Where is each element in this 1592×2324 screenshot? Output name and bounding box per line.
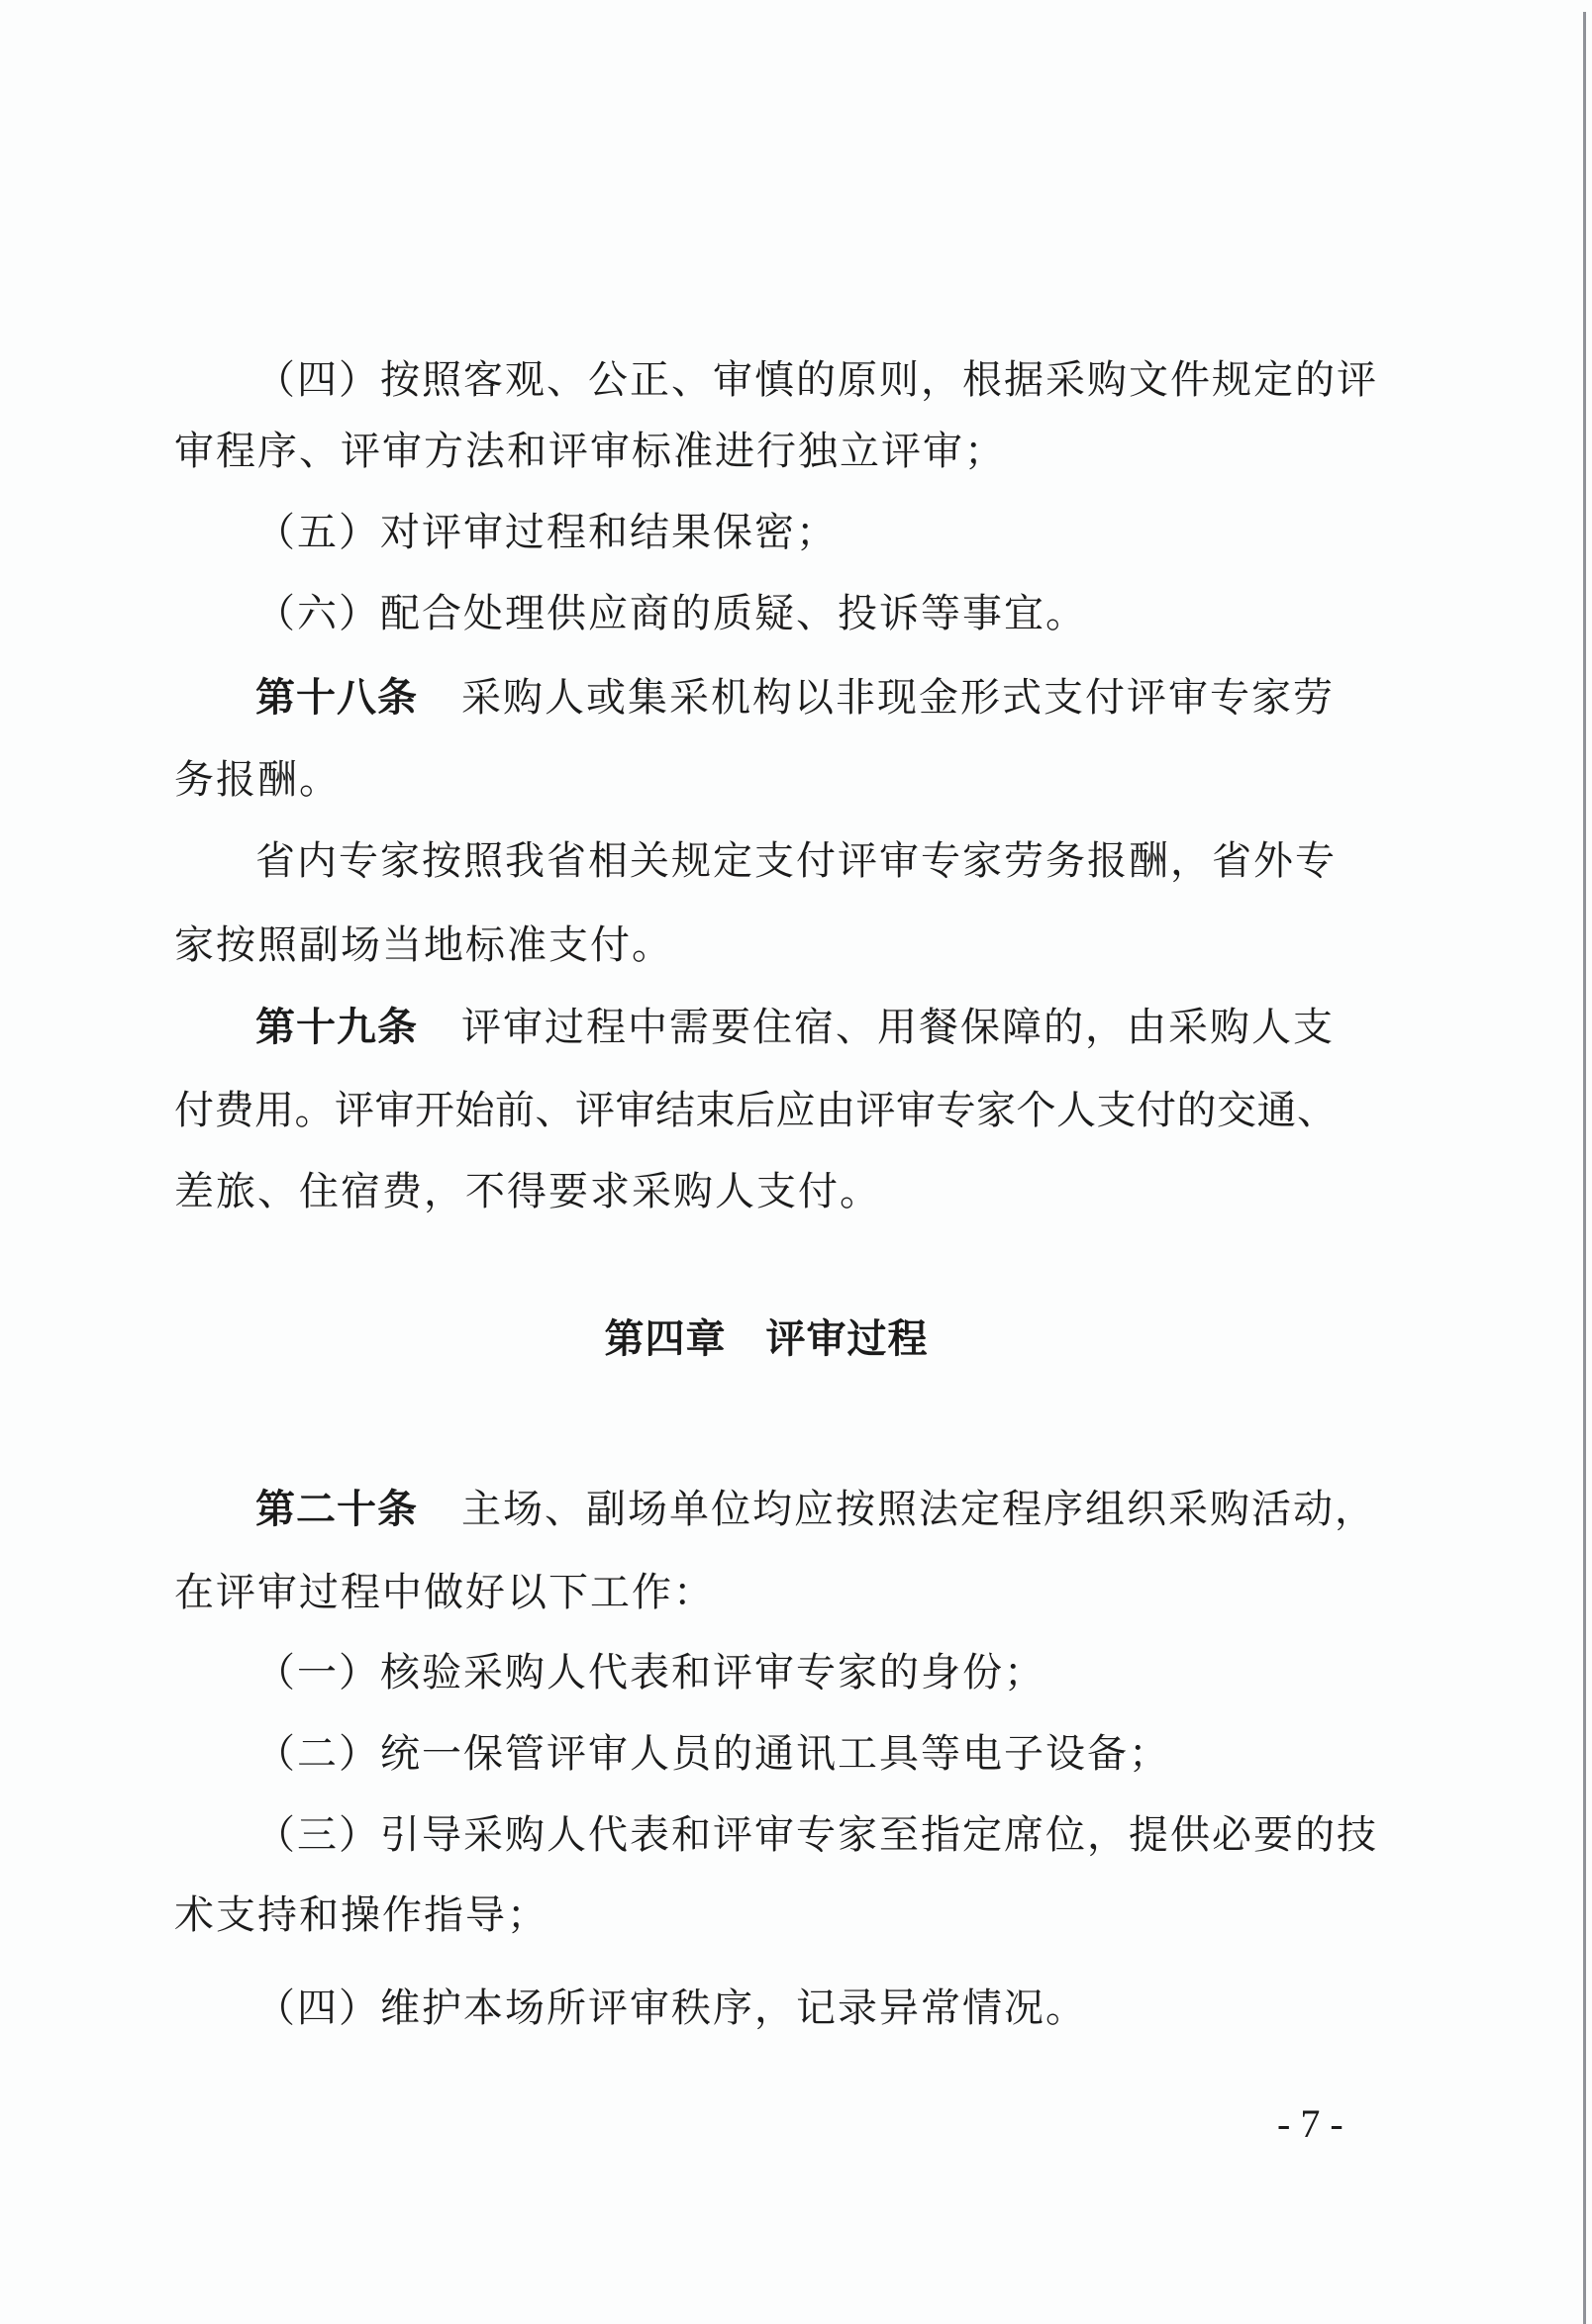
document-page: （四）按照客观、公正、审慎的原则，根据采购文件规定的评 审程序、评审方法和评审标… (0, 0, 1592, 2324)
article-18-label: 第十八条 (255, 675, 418, 721)
article-19-line-2: 付费用。评审开始前、评审结束后应由评审专家个人支付的交通、 (174, 1089, 1338, 1132)
chapter-heading: 第四章评审过程 (0, 1317, 1533, 1361)
article-20-item-1: （一）核验采购人代表和评审专家的身份； (255, 1651, 1045, 1695)
article-20-item-2: （二）统一保管评审人员的通讯工具等电子设备； (255, 1732, 1170, 1776)
paragraph-remuneration-line-1: 省内专家按照我省相关规定支付评审专家劳务报酬，省外专 (255, 839, 1337, 883)
article-19-label: 第十九条 (255, 1005, 418, 1050)
article-18-line-2: 务报酬。 (174, 758, 341, 802)
article-18-text: 采购人或集采机构以非现金形式支付评审专家劳 (461, 675, 1335, 721)
article-19-line-3: 差旅、住宿费，不得要求采购人支付。 (174, 1170, 881, 1213)
item-4-line-2: 审程序、评审方法和评审标准进行独立评审； (174, 430, 1006, 473)
article-20-item-4: （四）维护本场所评审秩序，记录异常情况。 (255, 1986, 1087, 2030)
item-5: （五）对评审过程和结果保密； (255, 511, 838, 554)
page-edge-divider (1583, 12, 1586, 2324)
article-20-line-1: 第二十条主场、副场单位均应按照法定程序组织采购活动， (255, 1488, 1376, 1531)
paragraph-remuneration-line-2: 家按照副场当地标准支付。 (174, 923, 673, 967)
article-20-label: 第二十条 (255, 1487, 418, 1532)
article-20-item-3-line-2: 术支持和操作指导； (174, 1893, 548, 1937)
article-20-line-2: 在评审过程中做好以下工作： (174, 1571, 715, 1614)
chapter-title: 评审过程 (766, 1316, 929, 1362)
article-19-line-1: 第十九条评审过程中需要住宿、用餐保障的，由采购人支 (255, 1006, 1335, 1049)
article-18-line-1: 第十八条采购人或集采机构以非现金形式支付评审专家劳 (255, 676, 1335, 720)
chapter-number: 第四章 (605, 1316, 727, 1362)
item-6: （六）配合处理供应商的质疑、投诉等事宜。 (255, 592, 1087, 635)
article-20-item-3-line-1: （三）引导采购人代表和评审专家至指定席位，提供必要的技 (255, 1813, 1378, 1857)
item-4-line-1: （四）按照客观、公正、审慎的原则，根据采购文件规定的评 (255, 358, 1378, 402)
article-20-text: 主场、副场单位均应按照法定程序组织采购活动， (461, 1487, 1376, 1532)
article-19-text: 评审过程中需要住宿、用餐保障的，由采购人支 (461, 1005, 1335, 1050)
page-number: - 7 - (1277, 2102, 1343, 2146)
